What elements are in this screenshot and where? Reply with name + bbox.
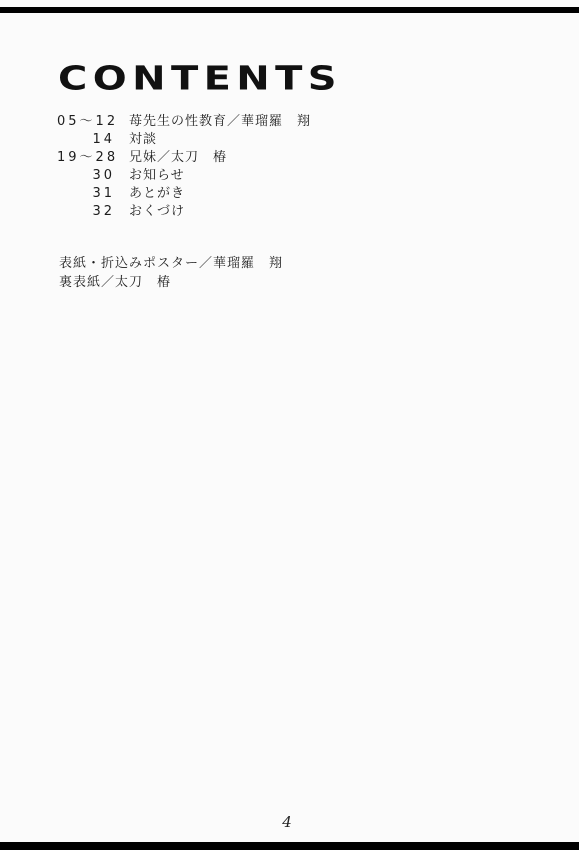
toc-page-range: 30 xyxy=(57,167,115,185)
toc-page-range: 19～28 xyxy=(57,149,115,167)
toc-page-range: 05～12 xyxy=(57,113,115,131)
toc-entry-label: あとがき xyxy=(129,185,185,203)
toc-row: 19～28 兄妹／太刀 椿 xyxy=(57,149,311,167)
cover-credit: 表紙・折込みポスター／華瑠羅 翔 xyxy=(59,254,283,273)
credits-block: 表紙・折込みポスター／華瑠羅 翔 裏表紙／太刀 椿 xyxy=(59,254,283,292)
page-number: 4 xyxy=(272,813,302,831)
contents-page: { "title": "CONTENTS", "toc": { "items":… xyxy=(0,0,579,850)
toc-row: 05～12 苺先生の性教育／華瑠羅 翔 xyxy=(57,113,311,131)
table-of-contents: 05～12 苺先生の性教育／華瑠羅 翔 14 対談 19～28 兄妹／太刀 椿 … xyxy=(57,113,311,221)
toc-row: 31 あとがき xyxy=(57,185,311,203)
top-edge-bar xyxy=(0,7,579,13)
toc-row: 32 おくづけ xyxy=(57,203,311,221)
toc-entry-label: 対談 xyxy=(129,131,157,149)
toc-entry-label: 苺先生の性教育／華瑠羅 翔 xyxy=(129,113,311,131)
toc-entry-label: お知らせ xyxy=(129,167,185,185)
bottom-edge-bar xyxy=(0,842,579,850)
toc-page-range: 31 xyxy=(57,185,115,203)
toc-page-range: 14 xyxy=(57,131,115,149)
toc-page-range: 32 xyxy=(57,203,115,221)
back-cover-credit: 裏表紙／太刀 椿 xyxy=(59,273,283,292)
toc-entry-label: おくづけ xyxy=(129,203,185,221)
toc-row: 30 お知らせ xyxy=(57,167,311,185)
toc-entry-label: 兄妹／太刀 椿 xyxy=(129,149,227,167)
page-title: CONTENTS xyxy=(58,62,342,95)
toc-row: 14 対談 xyxy=(57,131,311,149)
